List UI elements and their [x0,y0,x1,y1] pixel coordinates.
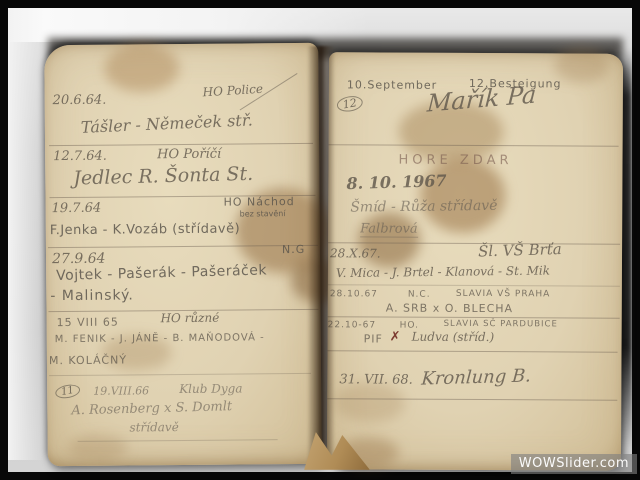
scanner-background: 20.6.64. HO Police Tášler - Němeček stř.… [8,8,632,472]
ascent-count-badge: 11 [54,383,81,400]
book-spine-gutter [307,46,335,468]
x-mark: ✗ [390,330,401,345]
scanner-highlight-top [8,8,368,42]
entry-club: HO různé [160,311,219,326]
printed-month-label: 10.September [347,78,437,91]
entry-names-2: - Malinský. [50,287,134,304]
entry-names: V. Mica - J. Brtel - Klanová - St. Mik [336,264,550,281]
entry-names-2: M. KOLÁČNÝ [49,353,127,367]
entry-names: Tášler - Němeček stř. [81,110,254,136]
stain [335,382,405,422]
stain [104,44,179,93]
rule-line [328,284,620,287]
stain [68,434,128,461]
entry-club: SLAVIA VŠ PRAHA [456,289,551,299]
stain [554,48,609,82]
entry-club: N.G [282,243,305,256]
entry-club: HO Poříčí [157,147,221,163]
notebook-right-page: 10.September 12.Besteigung 12 Mařík Pa H… [327,52,623,471]
entry-pif-label: PIF [364,332,383,345]
entry-names: Šmíd - Růža střídavě [350,198,497,216]
entry-names: Kronlung B. [421,365,532,389]
rule-line [49,143,313,146]
ascent-count-badge: 12 [336,94,364,113]
entry-club: HO Police [202,82,263,100]
greeting-header: HORE ZDAR [398,153,512,169]
entry-note: bez stavění [240,209,286,218]
entry-club: HO Náchod [223,195,294,209]
entry-note: N.C. [408,290,431,300]
entry-names: M. FENIK - J. JÁNĚ - B. MAŇODOVÁ - [55,332,265,345]
entry-names: A. SRB x O. BLECHA [386,302,513,316]
entry-date: 15 VIII 65 [57,316,119,330]
entry-names: A. Rosenberg x S. Domlt [71,399,232,418]
entry-date: 20.6.64. [53,93,107,108]
notebook-left-page: 20.6.64. HO Police Tášler - Němeček stř.… [44,43,322,466]
entry-date: 28.X.67. [330,246,381,260]
entry-date: 19.VIII.66 [93,384,149,397]
scanner-highlight-left [8,8,44,460]
entry-date: 28.10.67 [330,289,378,299]
entry-names: Jedlec R. Šonta St. [73,163,253,190]
entry-club: Klub Dyga [179,381,242,396]
entry-names-2: Falbrová [360,221,418,237]
wowslider-watermark-link[interactable]: WOWSlider.com [511,454,637,474]
entry-date: 19.7.64 [52,201,102,216]
rule-line [328,350,618,353]
entry-date: 31. VII. 68. [339,372,412,387]
entry-date: 12.7.64. [53,149,107,164]
warden-signature: Mařík Pa [426,80,537,117]
entry-names-2: střídavě [129,420,178,434]
entry-names: F.Jenka - K.Vozáb (střídavě) [50,222,240,239]
entry-date: 8. 10. 1967 [346,171,447,193]
entry-date: 27.9.64 [52,251,106,267]
entry-names: Ludva (stříd.) [412,330,495,344]
scanned-notebook-photo: 20.6.64. HO Police Tášler - Němeček stř.… [0,0,640,480]
entry-club: Šl. VŠ Brťa [478,240,562,260]
entry-club: SLAVIA SČ PARDUBICE [444,319,558,330]
stain [420,158,505,233]
rule-line [49,373,311,376]
